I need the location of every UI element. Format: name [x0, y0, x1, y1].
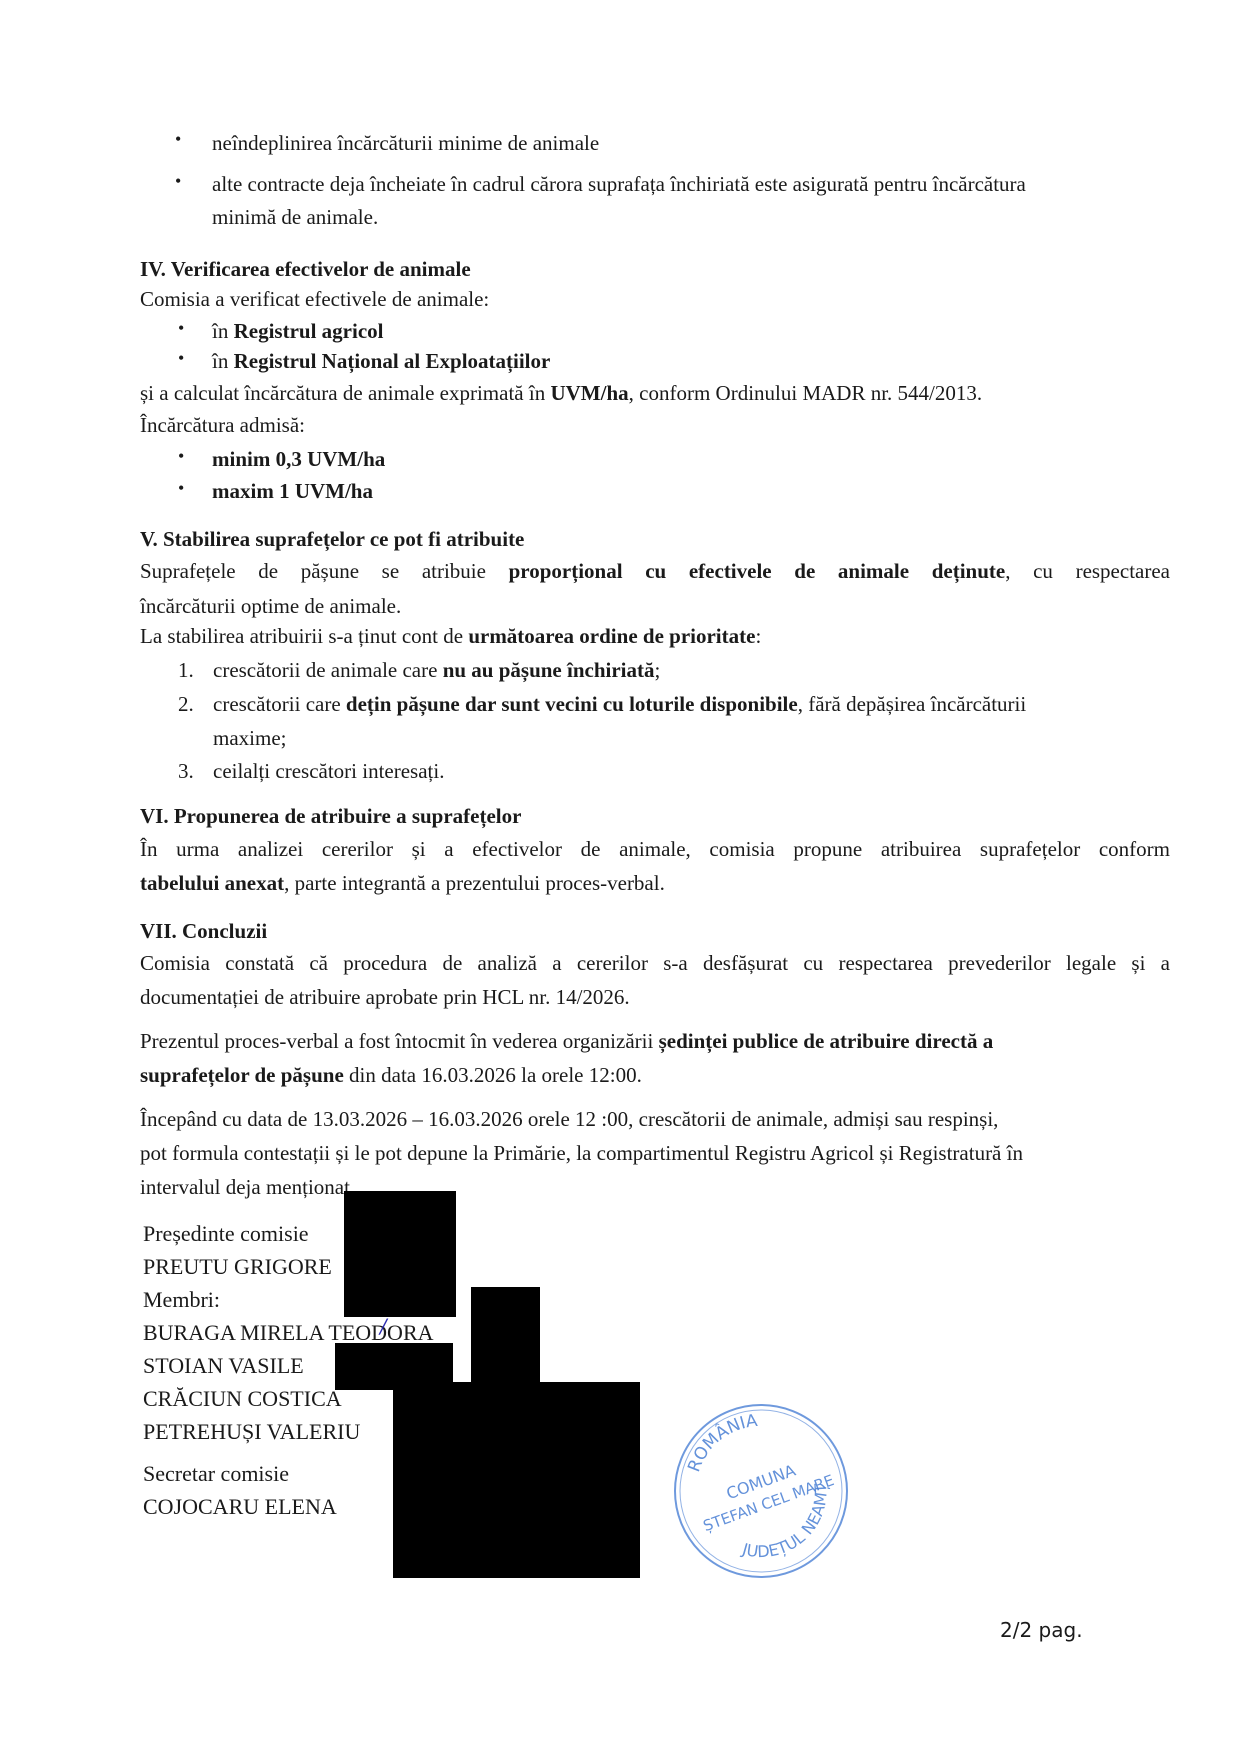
section-6-title: VI. Propunerea de atribuire a suprafețel…	[140, 800, 521, 833]
official-stamp: ROMÂNIA JUDEȚUL NEAMȚ COMUNA ȘTEFAN CEL …	[668, 1398, 854, 1584]
document-page: • neîndeplinirea încărcăturii minime de …	[0, 0, 1240, 1753]
intro-bullet-2: alte contracte deja încheiate în cadrul …	[212, 168, 1026, 201]
priority-2-num: 2.	[178, 688, 194, 721]
member-3: CRĂCIUN COSTICA	[143, 1382, 342, 1415]
secretary-label: Secretar comisie	[143, 1457, 289, 1490]
members-label: Membri:	[143, 1283, 220, 1316]
member-4: PETREHUȘI VALERIU	[143, 1415, 360, 1448]
section-7-p3-line3: intervalul deja menționat.	[140, 1171, 355, 1204]
bullet-icon: •	[178, 440, 184, 473]
bullet-icon: •	[178, 472, 184, 505]
priority-1: crescătorii de animale care nu au pășune…	[213, 654, 660, 687]
section-4-title: IV. Verificarea efectivelor de animale	[140, 253, 471, 286]
bullet-icon: •	[178, 312, 184, 345]
redaction-box	[471, 1287, 540, 1382]
priority-2: crescătorii care dețin pășune dar sunt v…	[213, 688, 1026, 721]
section-6-line2: tabelului anexat, parte integrantă a pre…	[140, 867, 665, 900]
section-5-title: V. Stabilirea suprafețelor ce pot fi atr…	[140, 523, 524, 556]
section-7-line1: Comisia constată că procedura de analiză…	[140, 947, 1170, 980]
section-7-title: VII. Concluzii	[140, 915, 267, 948]
stamp-top-text: ROMÂNIA	[673, 1407, 771, 1480]
section-4-item-1: în Registrul agricol	[212, 315, 383, 348]
limit-max: maxim 1 UVM/ha	[212, 475, 373, 508]
section-5-p1: Suprafețele de pășune se atribuie propor…	[140, 555, 1170, 588]
redaction-box	[393, 1382, 640, 1578]
section-4-admitted-label: Încărcătura admisă:	[140, 409, 305, 442]
secretary-name: COJOCARU ELENA	[143, 1490, 337, 1523]
section-6-line1: În urma analizei cererilor și a efective…	[140, 833, 1170, 866]
section-7-line2: documentației de atribuire aprobate prin…	[140, 981, 630, 1014]
intro-bullet-1: neîndeplinirea încărcăturii minime de an…	[212, 127, 599, 160]
bullet-icon: •	[175, 123, 181, 156]
section-4-intro: Comisia a verificat efectivele de animal…	[140, 283, 489, 316]
member-2: STOIAN VASILE	[143, 1349, 304, 1382]
bullet-icon: •	[175, 165, 181, 198]
section-7-p3-line1: Începând cu data de 13.03.2026 – 16.03.2…	[140, 1103, 998, 1136]
section-4-item-2: în Registrul Național al Exploatațiilor	[212, 345, 550, 378]
priority-1-num: 1.	[178, 654, 194, 687]
section-7-p2-line2: suprafețelor de pășune din data 16.03.20…	[140, 1059, 642, 1092]
section-7-p2-line1: Prezentul proces-verbal a fost întocmit …	[140, 1025, 993, 1058]
intro-bullet-2-cont: minimă de animale.	[212, 201, 378, 234]
section-4-calc: și a calculat încărcătura de animale exp…	[140, 377, 982, 410]
svg-text:ROMÂNIA: ROMÂNIA	[673, 1407, 771, 1480]
signature-mark: /	[380, 1314, 387, 1338]
redaction-box	[344, 1191, 456, 1317]
section-7-p3-line2: pot formula contestații și le pot depune…	[140, 1137, 1023, 1170]
priority-3: ceilalți crescători interesați.	[213, 755, 444, 788]
priority-3-num: 3.	[178, 755, 194, 788]
page-number: 2/2 pag.	[1000, 1618, 1083, 1642]
bullet-icon: •	[178, 342, 184, 375]
section-5-p2: La stabilirea atribuirii s-a ținut cont …	[140, 620, 761, 653]
limit-min: minim 0,3 UVM/ha	[212, 443, 385, 476]
section-5-p1-line2: încărcăturii optime de animale.	[140, 590, 401, 623]
president-name: PREUTU GRIGORE	[143, 1250, 332, 1283]
priority-2-cont: maxime;	[213, 722, 286, 755]
president-label: Președinte comisie	[143, 1217, 309, 1250]
